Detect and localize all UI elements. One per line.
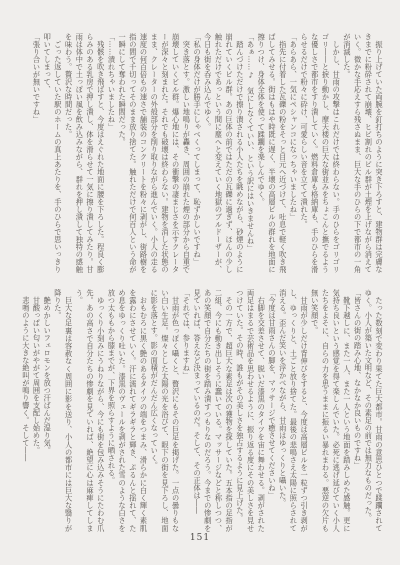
paragraph: 「あぁ……♪ 気にしなくていい、という訳にはいきませんね」 — [245, 33, 256, 273]
paragraph: 右脚を交差させて、脱いだ漆黒のタイツを宙に舞わせる。剥がされた両足はまるで芸術品… — [234, 289, 266, 532]
upper-text-block: 振り上げていた両腕を釘打ちのように突き下ろすと、建物群は完膚なきまでに粉砕されて… — [30, 33, 384, 273]
paragraph: 甘酸っぱい匂いがやがて周囲を支配し始めた。 — [31, 289, 42, 532]
paragraph: 「皆さんの街の踏み心地、なかなか良いものですね」 — [352, 289, 363, 532]
lower-text-block: たった数刻で変わり果てた巨大都市。甘雨の意思ひとつで蹂躙されてゆく。小人が築いた… — [16, 289, 384, 532]
paragraph: その一方で、超巨大な素足は次の獲物を探していた。五本指の足指が二組、今にも動き出… — [191, 289, 234, 532]
paragraph: 賑やかな市街の味を確かめると、人びとがくるりと動いて微笑んだかと思えば、その足で… — [30, 33, 31, 273]
paragraph: 甘雨が色っぽく囁くと、贅沢にもその巨足を掲げた。一点の曇りもない白い生足。燦々と… — [149, 289, 181, 532]
paragraph: 靴下越しに、また一人、また一人という地面を踏みしめた感触。更に気持ち良いという感… — [309, 289, 352, 532]
paragraph: たった数刻で変わり果てた巨大都市。甘雨の意思ひとつで蹂躙されてゆく。小人が築いた… — [363, 289, 384, 532]
paragraph: おもむろに黒く艶のあるタイツの端をつまみ、滑らかに白く輝く素肌を露わにさせていく… — [106, 289, 149, 532]
paragraph: 指先に付着した瓦礫の粉をそっと目元へ近づけて、吐息で軽く吹き飛ばしてみせる。街は… — [256, 33, 288, 273]
paragraph: 悲鳴のように大きな絶叫が鳴り響く。そして―― — [20, 289, 31, 532]
paragraph: 「それでは、参りますね」 — [181, 289, 192, 532]
paragraph: ごった返していた駅のホームの真上あたりを、手のひらで思いっきり叩いてしまって、 — [42, 33, 63, 273]
paragraph: 「張り合いが無いですね」 — [31, 33, 42, 273]
paragraph: 「……潰れちゃいましたね」 — [106, 33, 117, 273]
paragraph: しかし、甘雨の攻撃はこれだけでは終わらない。手のひらをゴリゴリゴリ――と捩り動か… — [298, 33, 341, 273]
paragraph: 艶めかしいフェロモンを放つ汗ばんだ湿り気。 — [42, 289, 53, 532]
paragraph: 「今度は甘雨さんの脚を、マッサージで癒させてくださいね」 — [266, 289, 277, 532]
book-page: 振り上げていた両腕を釘打ちのように突き下ろすと、建物群は完膚なきまでに粉砕されて… — [0, 0, 400, 565]
paragraph: 甘雨が少しだけ背伸びをすると、今度は高層ビルを一粒ずつ引き剥がし、ゆっくりと、土… — [277, 289, 309, 532]
paragraph: ゆっくり小刻みにうねりながら、今にも街を包み込みそうにたわむ爪先。あの高さで自分… — [74, 289, 106, 532]
paragraph: 「私の身体だけが勝手にしゃべくってしまって、恥ずかしいですね」 — [191, 33, 202, 273]
paragraph: 突き落とす。激しい地鳴りが轟き、周囲の崩れた煙の部分から自重で崩壊していくビル群… — [116, 33, 191, 273]
paragraph: 残骸を吹き飛ばすと、今度はえぐれた地面に腰を下ろした。程良く膨らみのある乳房で押… — [63, 33, 106, 273]
paragraph: 振り上げていた両腕を釘打ちのように突き下ろすと、建物群は完膚なきまでに粉砕されて… — [341, 33, 384, 273]
paragraph: 巨大な足裏は容赦なく周囲に影を送り、小人の都市には巨大な翳りが降りた。 — [52, 289, 73, 532]
paragraph: 踏んづけただけで擦り潰される小人たちを眺めながら、砂煙のように崩れていくビル群。… — [202, 33, 245, 273]
paragraph: 「あらあら、一気にペシャンコになっちゃいましたね」 — [288, 33, 299, 273]
page-number: 151 — [0, 533, 400, 543]
